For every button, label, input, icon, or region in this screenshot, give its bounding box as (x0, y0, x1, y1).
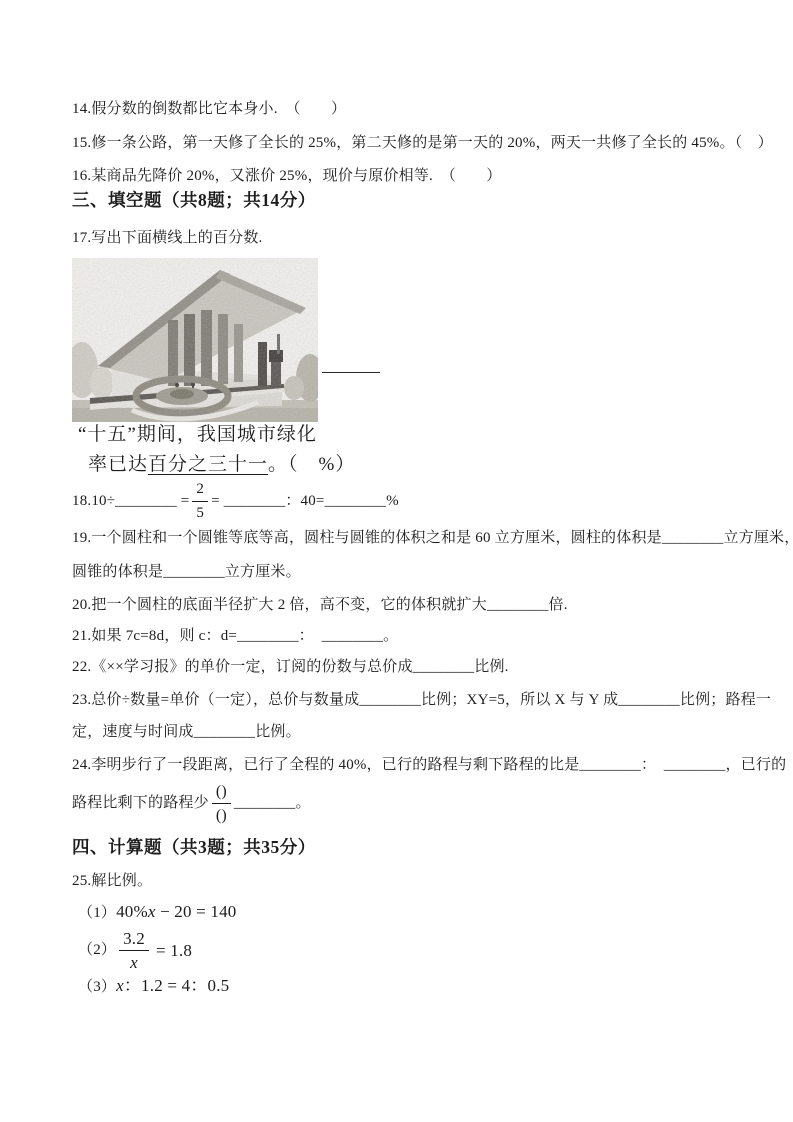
question-25: 25.解比例。 (72, 871, 152, 892)
equation-1: （1）40%x − 20 = 140 (78, 901, 237, 924)
eq2-label: （2） (78, 940, 116, 961)
eq3-label: （3） (78, 979, 116, 995)
section-4-heading: 四、计算题（共3题；共35分） (72, 837, 316, 858)
question-15: 15.修一条公路，第一天修了全长的 25%，第二天修的是第一天的 20%，两天一… (72, 133, 773, 154)
caption-post: 。（ %） (268, 454, 355, 475)
photo-caption-line2: 率已达百分之三十一。（ %） (88, 454, 355, 475)
question-16: 16.某商品先降价 20%，又涨价 25%，现价与原价相等. （ ） (72, 166, 502, 187)
q18-pre: 18.10÷________ = (72, 491, 189, 512)
question-20: 20.把一个圆柱的底面半径扩大 2 倍，高不变，它的体积就扩大________倍… (72, 595, 568, 616)
q24-pre: 路程比剩下的路程少 (72, 793, 209, 814)
question-18: 18.10÷________ = 25 = ________：40=______… (72, 479, 399, 524)
photo-caption-line1: “十五”期间，我国城市绿化 (78, 424, 317, 445)
eq1-label: （1） (78, 905, 116, 921)
q24-post: ________。 (234, 793, 311, 814)
q18-fraction: 25 (192, 479, 208, 524)
photo-answer-blank (322, 371, 380, 373)
q18-frac-denominator: 5 (192, 502, 208, 524)
eq2-frac-denominator: x (119, 951, 149, 973)
eq1-post: − 20 = 140 (156, 902, 237, 921)
eq3-variable: x (116, 976, 124, 995)
section-3-heading: 三、填空题（共8题；共14分） (72, 190, 316, 211)
equation-2: （2） 3.2x = 1.8 (78, 928, 192, 973)
question-24-line2: 路程比剩下的路程少 ()() ________。 (72, 781, 311, 826)
q18-post: = ________：40=________% (211, 491, 399, 512)
eq2-frac-numerator: 3.2 (119, 928, 149, 951)
eq1-pre: 40% (116, 902, 148, 921)
question-19-line2: 圆锥的体积是________立方厘米。 (72, 562, 301, 583)
question-19-line1: 19.一个圆柱和一个圆锥等底等高，圆柱与圆锥的体积之和是 60 立方厘米，圆柱的… (72, 528, 793, 549)
question-22: 22.《××学习报》的单价一定，订阅的份数与总价成________比例. (72, 657, 509, 678)
question-21: 21.如果 7c=8d，则 c：d=________： ________。 (72, 626, 398, 647)
question-17: 17.写出下面横线上的百分数. (72, 228, 263, 249)
eq1-body: 40%x − 20 = 140 (116, 902, 236, 921)
question-23-line1: 23.总价÷数量=单价（一定），总价与数量成________比例；XY=5，所以… (72, 690, 771, 711)
caption-underlined-text: 百分之三十一 (148, 454, 268, 475)
q24-fraction: ()() (212, 781, 231, 826)
exam-page: 14.假分数的倒数都比它本身小. （ ） 15.修一条公路，第一天修了全长的 2… (0, 0, 793, 1122)
caption-pre: 率已达 (88, 454, 148, 475)
eq1-variable: x (148, 902, 156, 921)
eq3-post: ：1.2 = 4：0.5 (124, 976, 230, 995)
q18-frac-numerator: 2 (192, 479, 208, 502)
equation-3: （3）x：1.2 = 4：0.5 (78, 975, 229, 998)
question-14: 14.假分数的倒数都比它本身小. （ ） (72, 99, 346, 120)
q24-frac-numerator: () (212, 781, 231, 804)
question-24-line1: 24.李明步行了一段距离，已行了全程的 40%，已行的路程与剩下路程的比是___… (72, 755, 786, 776)
building-photo (72, 258, 318, 422)
eq2-post: = 1.8 (156, 940, 192, 961)
question-23-line2: 定，速度与时间成________比例。 (72, 722, 301, 743)
building-photo-graphic (72, 258, 318, 422)
q24-frac-denominator: () (212, 804, 231, 826)
eq2-fraction: 3.2x (119, 928, 149, 973)
